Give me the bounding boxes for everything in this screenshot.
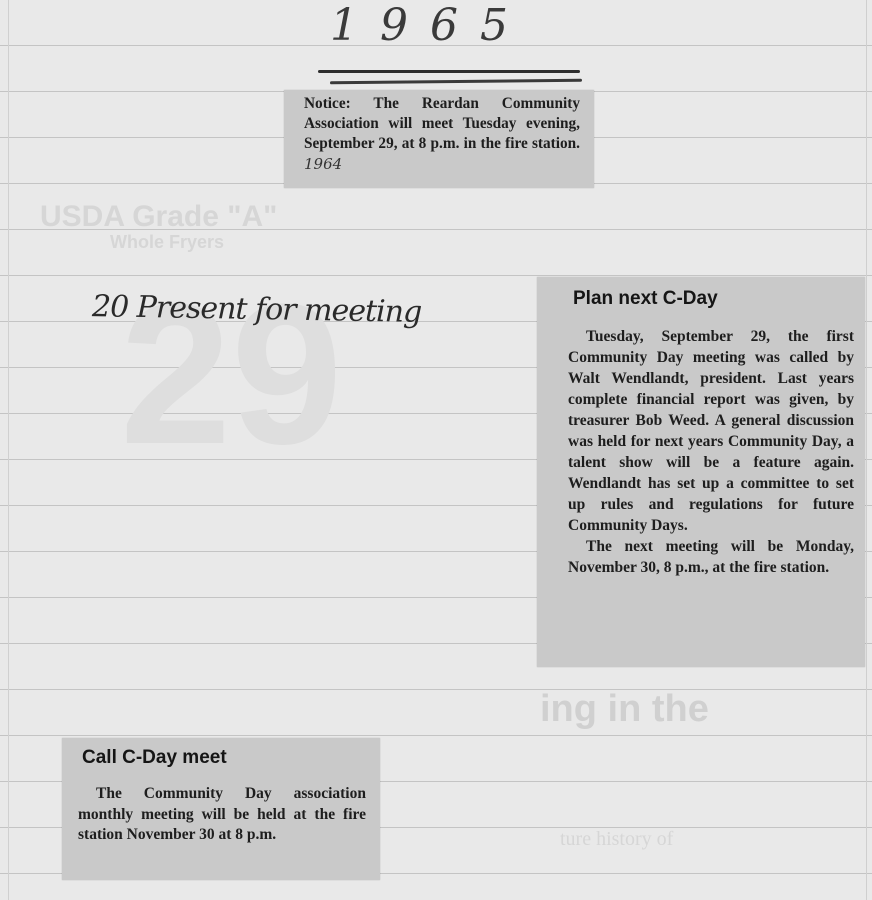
ghost-text: Whole Fryers	[110, 232, 224, 253]
page-margin-line	[8, 0, 9, 900]
clipping-body: The Community Day association monthly me…	[78, 784, 366, 846]
year-underline	[318, 70, 580, 73]
paragraph: Tuesday, September 29, the first Communi…	[568, 326, 854, 536]
plan-next-cday-clipping: Plan next C-Day Tuesday, September 29, t…	[537, 277, 865, 667]
paragraph: The next meeting will be Monday, Novembe…	[568, 536, 854, 578]
call-cday-meet-clipping: Call C-Day meet The Community Day associ…	[62, 738, 380, 880]
notice-text: Notice: The Reardan Community Associatio…	[304, 94, 580, 175]
handwritten-annotation: 1964	[304, 155, 342, 173]
clipping-body: Tuesday, September 29, the first Communi…	[568, 326, 854, 578]
handwritten-note: 20 Present for meeting	[92, 289, 422, 330]
year-underline	[330, 79, 582, 85]
notice-body: Notice: The Reardan Community Associatio…	[304, 95, 580, 152]
page-edge	[866, 0, 867, 900]
ghost-text: ture history of	[560, 828, 673, 851]
notice-clipping: Notice: The Reardan Community Associatio…	[284, 90, 594, 188]
paragraph: The Community Day association monthly me…	[78, 784, 366, 846]
clipping-headline: Plan next C-Day	[573, 288, 718, 310]
handwritten-year: 1965	[330, 0, 530, 51]
clipping-headline: Call C-Day meet	[82, 747, 227, 769]
ghost-text: USDA Grade "A"	[40, 200, 277, 234]
ghost-text: ing in the	[540, 688, 709, 731]
